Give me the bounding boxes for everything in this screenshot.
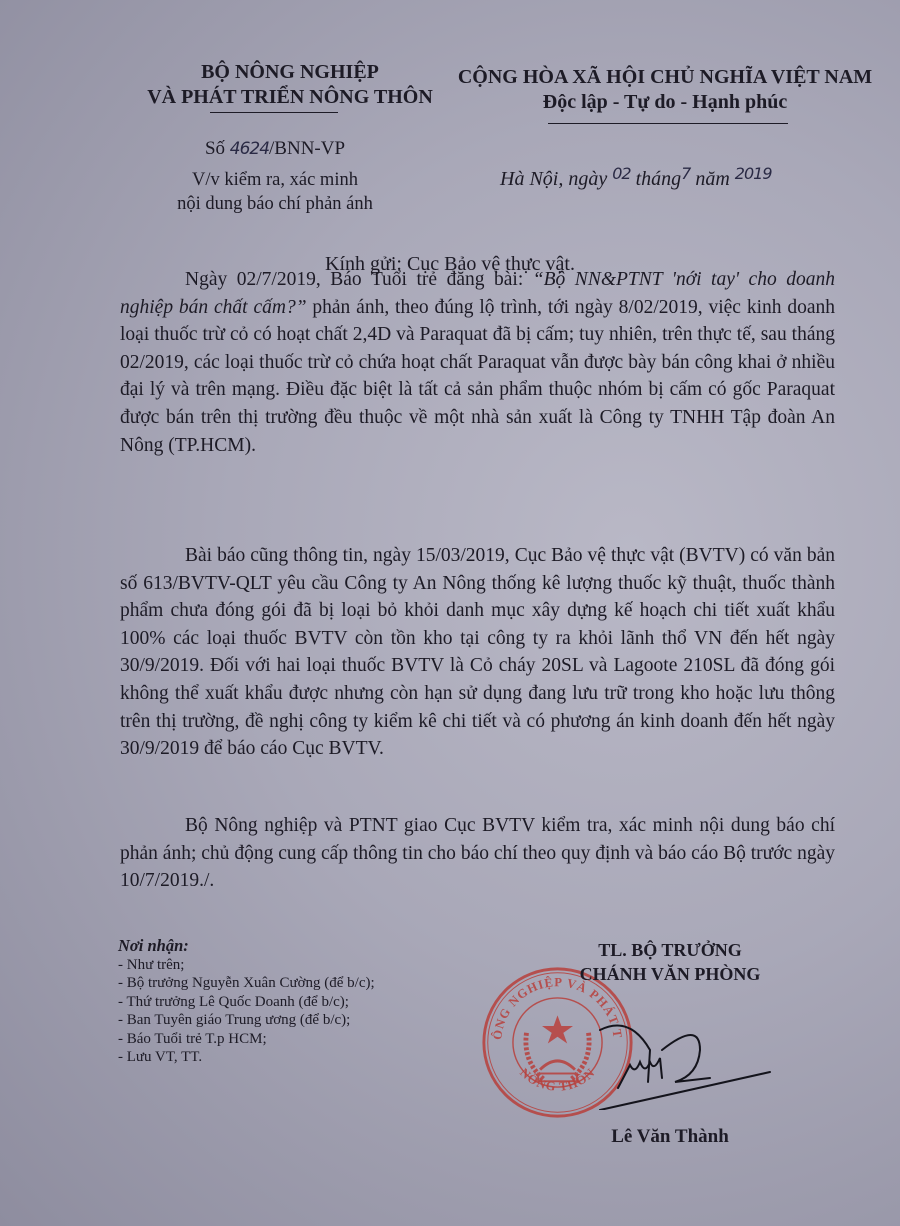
recipient-item: - Thứ trưởng Lê Quốc Doanh (để b/c);: [118, 993, 458, 1012]
recipient-item: - Báo Tuổi trẻ T.p HCM;: [118, 1030, 458, 1049]
document-number: Số 4624/BNN-VP: [150, 137, 400, 161]
paragraph-1: Ngày 02/7/2019, Báo Tuổi trẻ đăng bài: “…: [120, 266, 835, 459]
recipient-item: - Bộ trưởng Nguyễn Xuân Cường (để b/c);: [118, 974, 458, 993]
year-handwritten: 2019: [735, 164, 772, 183]
signature-block: TL. BỘ TRƯỞNG CHÁNH VĂN PHÒNG: [540, 938, 800, 986]
recipient-item: - Lưu VT, TT.: [118, 1048, 458, 1067]
subject-line-1: V/v kiểm ra, xác minh: [150, 168, 400, 192]
recipients-title: Nơi nhận:: [118, 937, 458, 956]
number-prefix: Số: [205, 138, 225, 159]
signature-line-2: CHÁNH VĂN PHÒNG: [540, 962, 800, 986]
month-label: tháng: [636, 168, 682, 190]
recipients-list: Nơi nhận: - Như trên; - Bộ trưởng Nguyễn…: [118, 937, 458, 1067]
signer-name: Lê Văn Thành: [580, 1126, 760, 1148]
number-handwritten: 4624: [230, 139, 269, 159]
document-subject: V/v kiểm ra, xác minh nội dung báo chí p…: [150, 168, 400, 216]
place-label: Hà Nội, ngày: [500, 168, 607, 190]
signature-line-1: TL. BỘ TRƯỞNG: [540, 938, 800, 962]
p1-rest: phản ánh, theo đúng lộ trình, tới ngày 8…: [120, 297, 835, 456]
place-date: Hà Nội, ngày 02 tháng7 năm 2019: [500, 164, 880, 191]
subject-line-2: nội dung báo chí phản ánh: [150, 192, 400, 216]
handwritten-signature-icon: [590, 1010, 780, 1110]
number-suffix: /BNN-VP: [269, 138, 345, 159]
p1-intro: Ngày 02/7/2019, Báo Tuổi trẻ đăng bài:: [185, 269, 533, 290]
paragraph-3: Bộ Nông nghiệp và PTNT giao Cục BVTV kiể…: [120, 812, 835, 895]
ministry-underline: [210, 112, 338, 113]
svg-text:NÔNG THÔN: NÔNG THÔN: [517, 1065, 598, 1094]
ministry-line-2: VÀ PHÁT TRIỂN NÔNG THÔN: [140, 85, 440, 110]
recipient-item: - Như trên;: [118, 956, 458, 975]
ministry-line-1: BỘ NÔNG NGHIỆP: [140, 60, 440, 85]
national-motto: CỘNG HÒA XÃ HỘI CHỦ NGHĨA VIỆT NAM Độc l…: [450, 65, 880, 115]
ministry-name: BỘ NÔNG NGHIỆP VÀ PHÁT TRIỂN NÔNG THÔN: [140, 60, 440, 110]
day-handwritten: 02: [612, 164, 630, 183]
motto-underline: [548, 123, 788, 124]
month-handwritten: 7: [681, 164, 690, 183]
recipient-item: - Ban Tuyên giáo Trung ương (để b/c);: [118, 1011, 458, 1030]
nation-line-2: Độc lập - Tự do - Hạnh phúc: [450, 90, 880, 115]
nation-line-1: CỘNG HÒA XÃ HỘI CHỦ NGHĨA VIỆT NAM: [450, 65, 880, 90]
year-label: năm: [695, 168, 729, 190]
paragraph-2: Bài báo cũng thông tin, ngày 15/03/2019,…: [120, 542, 835, 763]
